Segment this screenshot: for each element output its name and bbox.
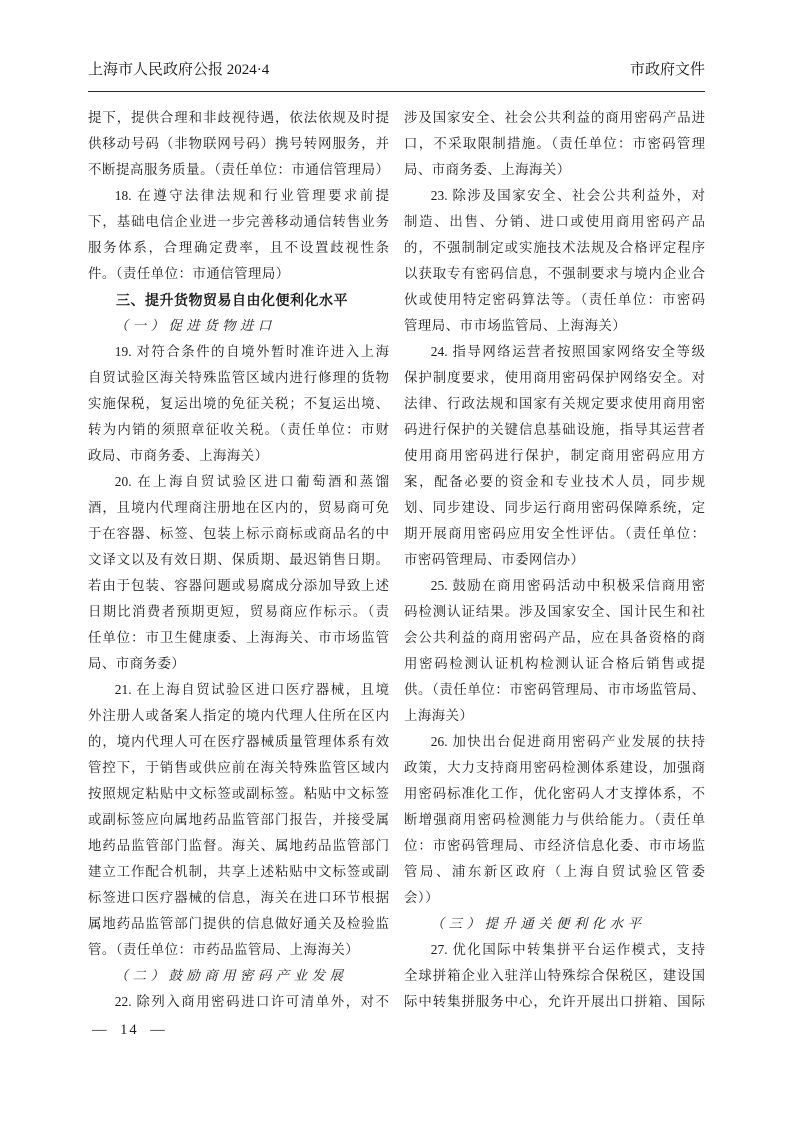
- text-line: 政局、市商务委、上海海关）: [88, 443, 389, 469]
- text-line: 转为内销的须照章征收关税。（责任单位：市财: [88, 417, 389, 443]
- text-line: 会））: [404, 885, 705, 911]
- text-line: 供移动号码（非物联网号码）携号转网服务，并: [88, 131, 389, 157]
- text-line: 码检测认证结果。涉及国家安全、国计民生和社: [404, 599, 705, 625]
- text-line: 建立工作配合机制，共享上述粘贴中文标签或副: [88, 859, 389, 885]
- text-line: 下，基础电信企业进一步完善移动通信转售业务: [88, 209, 389, 235]
- text-line: 涉及国家安全、社会公共利益的商用密码产品进: [404, 105, 705, 131]
- text-line: 全球拼箱企业入驻洋山特殊综合保税区，建设国: [404, 963, 705, 989]
- text-line: 伙或使用特定密码算法等。（责任单位：市密码: [404, 287, 705, 313]
- text-line: 18. 在遵守法律法规和行业管理要求前提: [88, 183, 389, 209]
- text-line: 地药品监管部门监督。海关、属地药品监管部门: [88, 833, 389, 859]
- text-line: 25. 鼓励在商用密码活动中积极采信商用密: [404, 573, 705, 599]
- text-line: 位：市密码管理局、市经济信息化委、市市场监: [404, 833, 705, 859]
- text-line: 26. 加快出台促进商用密码产业发展的扶持: [404, 729, 705, 755]
- page-body: 提下，提供合理和非歧视待遇，依法依规及时提供移动号码（非物联网号码）携号转网服务…: [88, 105, 705, 1015]
- text-line: 文译文以及有效日期、保质期、最迟销售日期。: [88, 547, 389, 573]
- text-line: 口，不采取限制措施。（责任单位：市密码管理: [404, 131, 705, 157]
- text-line: 际中转集拼服务中心，允许开展出口拼箱、国际: [404, 989, 705, 1015]
- text-line: 件。（责任单位：市通信管理局）: [88, 261, 389, 287]
- right-column: 涉及国家安全、社会公共利益的商用密码产品进口，不采取限制措施。（责任单位：市密码…: [404, 105, 705, 1015]
- text-line: 于在容器、标签、包装上标示商标或商品名的中: [88, 521, 389, 547]
- text-line: 外注册人或备案人指定的境内代理人住所在区内: [88, 703, 389, 729]
- text-line: （二）鼓励商用密码产业发展: [88, 963, 389, 989]
- text-line: 或副标签应向属地药品监管部门报告，并接受属: [88, 807, 389, 833]
- text-line: 的，境内代理人可在医疗器械质量管理体系有效: [88, 729, 389, 755]
- text-line: 属地药品监管部门提供的信息做好通关及检验监: [88, 911, 389, 937]
- text-line: 保护制度要求，使用商用密码保护网络安全。对: [404, 365, 705, 391]
- text-line: 码进行保护的关键信息基础设施，指导其运营者: [404, 417, 705, 443]
- text-line: 用密码检测认证机构检测认证合格后销售或提: [404, 651, 705, 677]
- text-line: 日期比消费者预期更短，贸易商应作标示。（责: [88, 599, 389, 625]
- text-line: 制造、出售、分销、进口或使用商用密码产品: [404, 209, 705, 235]
- text-line: 划、同步建设、同步运行商用密码保障系统，定: [404, 495, 705, 521]
- text-line: 24. 指导网络运营者按照国家网络安全等级: [404, 339, 705, 365]
- text-line: 管控下，于销售或供应前在海关特殊监管区域内: [88, 755, 389, 781]
- text-line: 提下，提供合理和非歧视待遇，依法依规及时提: [88, 105, 389, 131]
- section-label: 市政府文件: [630, 60, 705, 80]
- text-line: （三）提升通关便利化水平: [404, 911, 705, 937]
- header-rule: [88, 91, 705, 92]
- text-line: 27. 优化国际中转集拼平台运作模式，支持: [404, 937, 705, 963]
- text-line: 局、市商务委）: [88, 651, 389, 677]
- text-line: 上海海关）: [404, 703, 705, 729]
- text-line: 使用商用密码进行保护，制定商用密码应用方: [404, 443, 705, 469]
- page-number: — 14 —: [88, 1022, 705, 1039]
- text-line: 自贸试验区海关特殊监管区域内进行修理的货物: [88, 365, 389, 391]
- text-line: 法律、行政法规和国家有关规定要求使用商用密: [404, 391, 705, 417]
- text-line: 管。（责任单位：市药品监管局、上海海关）: [88, 937, 389, 963]
- text-line: 会公共利益的商用密码产品，应在具备资格的商: [404, 625, 705, 651]
- gazette-title: 上海市人民政府公报 2024·4: [88, 60, 269, 80]
- text-line: 若由于包装、容器问题或易腐成分添加导致上述: [88, 573, 389, 599]
- page-header: 上海市人民政府公报 2024·4 市政府文件: [88, 60, 705, 80]
- text-line: 按照规定粘贴中文标签或副标签。粘贴中文标签: [88, 781, 389, 807]
- text-line: 期开展商用密码应用安全性评估。（责任单位：: [404, 521, 705, 547]
- text-line: 酒，且境内代理商注册地在区内的，贸易商可免: [88, 495, 389, 521]
- text-line: 21. 在上海自贸试验区进口医疗器械，且境: [88, 677, 389, 703]
- text-line: 23. 除涉及国家安全、社会公共利益外，对: [404, 183, 705, 209]
- text-line: 22. 除列入商用密码进口许可清单外，对不: [88, 989, 389, 1015]
- text-line: 断增强商用密码检测能力与供给能力。（责任单: [404, 807, 705, 833]
- text-line: 服务体系，合理确定费率，且不设置歧视性条: [88, 235, 389, 261]
- text-line: 管理局、市市场监管局、上海海关）: [404, 313, 705, 339]
- left-column: 提下，提供合理和非歧视待遇，依法依规及时提供移动号码（非物联网号码）携号转网服务…: [88, 105, 389, 1015]
- text-line: 实施保税，复运出境的免征关税；不复运出境、: [88, 391, 389, 417]
- text-line: 局、市商务委、上海海关）: [404, 157, 705, 183]
- text-line: 不断提高服务质量。（责任单位：市通信管理局）: [88, 157, 389, 183]
- text-line: 以获取专有密码信息，不强制要求与境内企业合: [404, 261, 705, 287]
- text-line: 任单位：市卫生健康委、上海海关、市市场监管: [88, 625, 389, 651]
- text-line: 标签进口医疗器械的信息，海关在进口环节根据: [88, 885, 389, 911]
- text-line: 市密码管理局、市委网信办）: [404, 547, 705, 573]
- text-line: 19. 对符合条件的自境外暂时准许进入上海: [88, 339, 389, 365]
- text-line: 供。（责任单位：市密码管理局、市市场监管局、: [404, 677, 705, 703]
- text-line: 政策，大力支持商用密码检测体系建设，加强商: [404, 755, 705, 781]
- text-line: 的，不强制制定或实施技术法规及合格评定程序: [404, 235, 705, 261]
- text-line: 用密码标准化工作，优化密码人才支撑体系，不: [404, 781, 705, 807]
- text-line: 20. 在上海自贸试验区进口葡萄酒和蒸馏: [88, 469, 389, 495]
- text-line: （一）促进货物进口: [88, 313, 389, 339]
- text-line: 三、提升货物贸易自由化便利化水平: [88, 287, 389, 313]
- text-line: 案，配备必要的资金和专业技术人员，同步规: [404, 469, 705, 495]
- document-page: 上海市人民政府公报 2024·4 市政府文件 提下，提供合理和非歧视待遇，依法依…: [0, 0, 793, 1122]
- text-line: 管局、浦东新区政府（上海自贸试验区管委: [404, 859, 705, 885]
